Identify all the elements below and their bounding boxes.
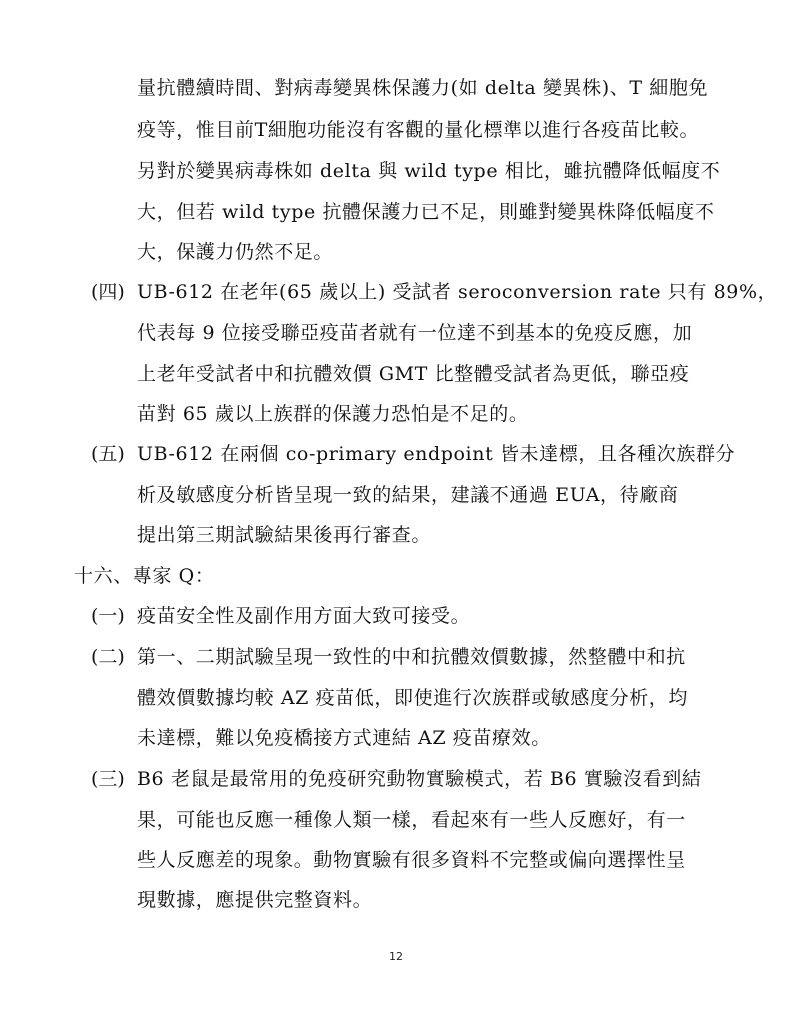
list-item-label: (三) bbox=[91, 767, 125, 791]
page-number: 12 bbox=[0, 950, 792, 963]
text-line: 析及敏感度分析皆呈現一致的結果，建議不通過 EUA，待廠商 bbox=[137, 483, 678, 507]
text-line: 些人反應差的現象。動物實驗有很多資料不完整或偏向選擇性呈 bbox=[137, 848, 686, 872]
list-item-label: (一) bbox=[91, 604, 125, 628]
list-item-label: (二) bbox=[91, 645, 125, 669]
text-line: 疫苗安全性及副作用方面大致可接受。 bbox=[137, 604, 470, 628]
text-line: 體效價數據均較 AZ 疫苗低，即使進行次族群或敏感度分析，均 bbox=[137, 686, 688, 710]
text-line: 上老年受試者中和抗體效價 GMT 比整體受試者為更低，聯亞疫 bbox=[137, 362, 689, 386]
text-line: 量抗體續時間、對病毒變異株保護力(如 delta 變異株)、T 細胞免 bbox=[137, 76, 708, 100]
text-line: 果，可能也反應一種像人類一樣，看起來有一些人反應好，有一 bbox=[137, 808, 686, 832]
text-line: 未達標，難以免疫橋接方式連結 AZ 疫苗療效。 bbox=[137, 726, 551, 750]
text-line: B6 老鼠是最常用的免疫研究動物實驗模式，若 B6 實驗沒看到結 bbox=[137, 767, 701, 791]
text-line: UB-612 在兩個 co-primary endpoint 皆未達標，且各種次… bbox=[137, 442, 735, 466]
text-line: 苗對 65 歲以上族群的保護力恐怕是不足的。 bbox=[137, 402, 528, 426]
list-item-label: (五) bbox=[91, 442, 125, 466]
text-line: 大，但若 wild type 抗體保護力已不足，則雖對變異株降低幅度不 bbox=[137, 200, 714, 224]
text-line: 大，保護力仍然不足。 bbox=[137, 240, 333, 264]
text-line: 疫等，惟目前T細胞功能沒有客觀的量化標準以進行各疫苗比較。 bbox=[137, 118, 699, 142]
section-heading: 十六、專家 Q： bbox=[74, 564, 214, 588]
text-line: 提出第三期試驗結果後再行審查。 bbox=[137, 523, 431, 547]
text-line: 第一、二期試驗呈現一致性的中和抗體效價數據，然整體中和抗 bbox=[137, 645, 686, 669]
list-item-label: (四) bbox=[91, 280, 125, 304]
text-line: 現數據，應提供完整資料。 bbox=[137, 888, 372, 912]
text-line: 代表每 9 位接受聯亞疫苗者就有一位達不到基本的免疫反應，加 bbox=[137, 321, 692, 345]
text-line: 另對於變異病毒株如 delta 與 wild type 相比，雖抗體降低幅度不 bbox=[137, 159, 720, 183]
text-line: UB-612 在老年(65 歲以上) 受試者 seroconversion ra… bbox=[137, 280, 777, 304]
